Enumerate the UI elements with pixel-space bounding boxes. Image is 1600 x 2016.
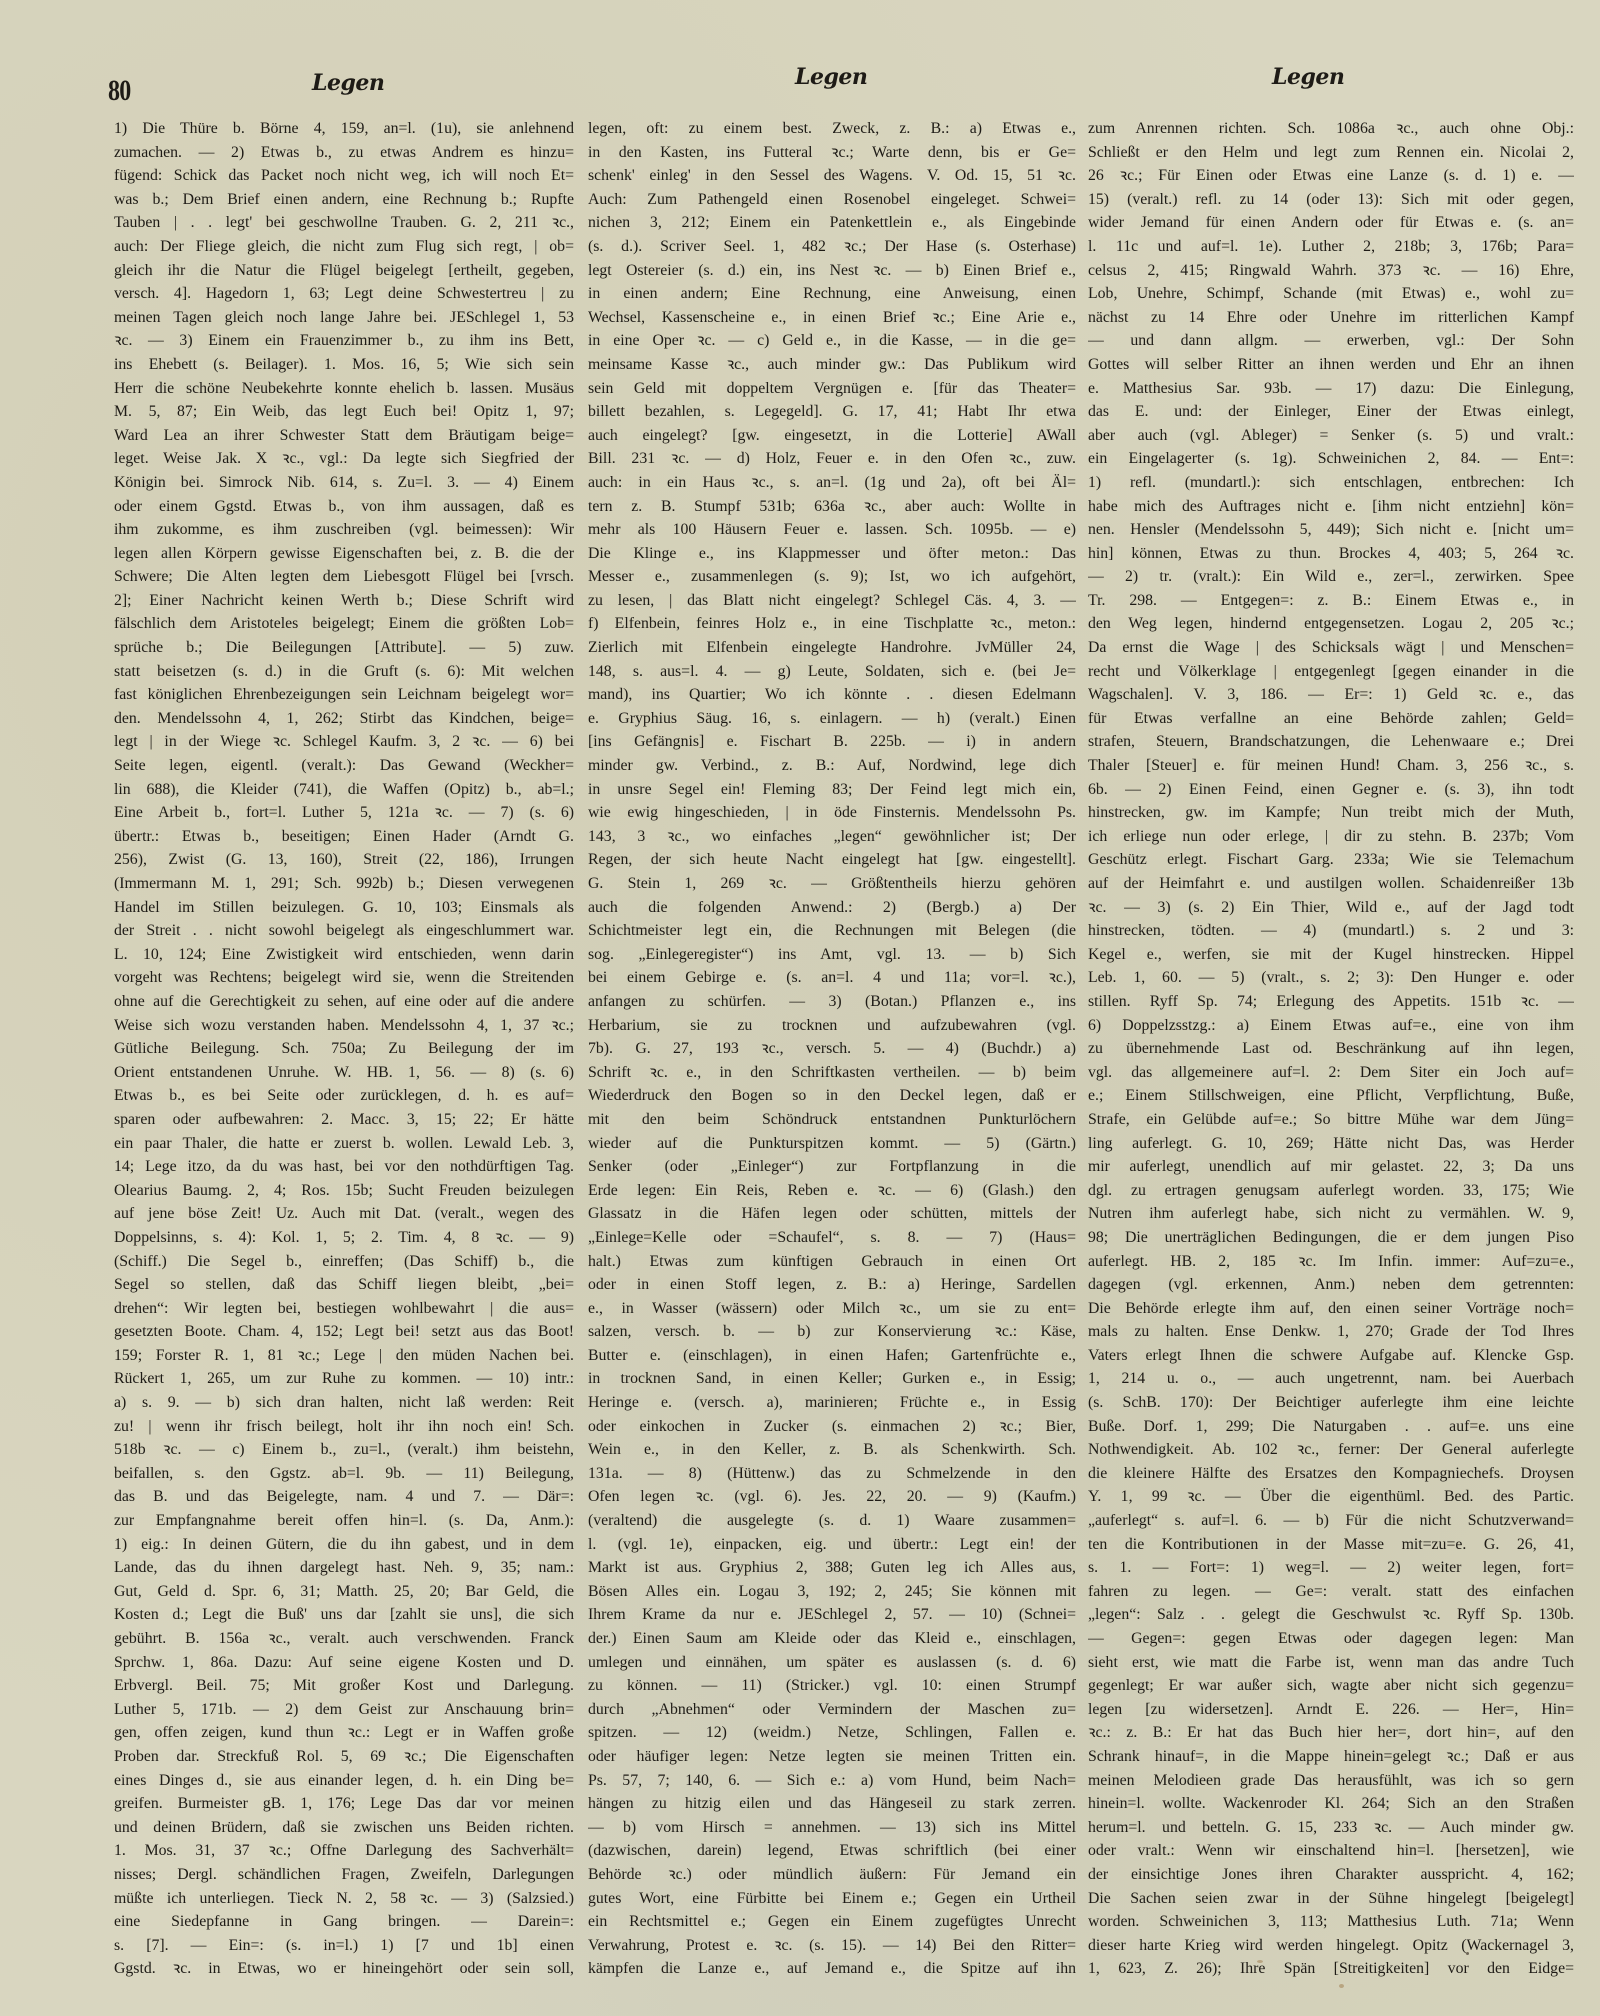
text-line-content: oder häufiger legen: Netze legten sie me… <box>588 1745 1076 1769</box>
text-line: ohne auf die Gerechtigkeit zu sehen, auf… <box>114 990 574 1014</box>
text-line-content: 1) eig.: In deinen Gütern, die du ihn ga… <box>114 1533 574 1557</box>
text-line: Gut, Geld d. Spr. 6, 31; Matth. 25, 20; … <box>114 1580 574 1604</box>
text-line: „Einlege=Kelle oder =Schaufel“, s. 8. — … <box>588 1226 1076 1250</box>
text-line-content: 1) refl. (mundartl.): sich entschlagen, … <box>1088 471 1574 495</box>
text-line-content: 1) Die Thüre b. Börne 4, 159, an=l. (1u)… <box>114 117 574 141</box>
text-line: halt.) Etwas zum künftigen Gebrauch in e… <box>588 1250 1076 1274</box>
text-line: ꝛc. — 3) (s. 2) Ein Thier, Wild e., auf … <box>1088 896 1574 920</box>
text-line: e. Matthesius Sar. 93b. — 17) dazu: Die … <box>1088 377 1574 401</box>
text-line-content: gleich ihr die Natur die Flügel beigeleg… <box>114 259 574 283</box>
text-line-content: Segel so stellen, daß das Schiff liegen … <box>114 1273 574 1297</box>
text-line: Wein e., in den Keller, z. B. als Schenk… <box>588 1438 1076 1462</box>
text-line: spitzen. — 12) (weidm.) Netze, Schlingen… <box>588 1721 1076 1745</box>
text-line: bei einem Gebirge e. (s. an=l. 4 und 11a… <box>588 966 1076 990</box>
text-line: dagegen (vgl. erkennen, Anm.) neben dem … <box>1088 1273 1574 1297</box>
text-line-content: sieht erst, wie matt die Farbe ist, wenn… <box>1088 1651 1574 1675</box>
text-line-content: hinstrecken, tödten. — 4) (mundartl.) s.… <box>1088 919 1574 943</box>
text-line-content: gesetzten Boote. Cham. 4, 152; Legt bei!… <box>114 1320 574 1344</box>
text-line-content: celsus 2, 415; Ringwald Wahrh. 373 ꝛc. —… <box>1088 259 1574 283</box>
text-line: gleich ihr die Natur die Flügel beigeleg… <box>114 259 574 283</box>
text-line: nen. Hensler (Mendelssohn 5, 449); Sich … <box>1088 518 1574 542</box>
running-head-center: Legen <box>795 64 867 90</box>
text-line: nichen 3, 212; Einem ein Patenkettlein e… <box>588 211 1076 235</box>
text-line: recht und Völkerklage | entgegenlegt [ge… <box>1088 660 1574 684</box>
text-line: das B. und das Beigelegte, nam. 4 und 7.… <box>114 1485 574 1509</box>
text-line-content: wieder auf die Punkturspitzen kommt. — 5… <box>588 1132 1076 1156</box>
text-line: Wechsel, Kassenscheine e., in einen Brie… <box>588 306 1076 330</box>
text-line: Buße. Dorf. 1, 299; Die Naturgaben . . a… <box>1088 1415 1574 1439</box>
text-line: 159; Forster R. 1, 81 ꝛc.; Lege | den mü… <box>114 1344 574 1368</box>
text-line-content: e. Matthesius Sar. 93b. — 17) dazu: Die … <box>1088 377 1574 401</box>
text-line: Die Sachen seien zwar in der Sühne hinge… <box>1088 1887 1574 1911</box>
text-line: sieht erst, wie matt die Farbe ist, wenn… <box>1088 1651 1574 1675</box>
text-line: 1, 623, Z. 26); Ihre Spän [Streitigkeite… <box>1088 1957 1574 1981</box>
text-line: aber auch (vgl. Ableger) = Senker (s. 5)… <box>1088 424 1574 448</box>
text-line-content: gegenlegt; Er war außer sich, wagte aber… <box>1088 1674 1574 1698</box>
text-line: Handel im Stillen beizulegen. G. 10, 103… <box>114 896 574 920</box>
text-line: zu! | wenn ihr frisch beilegt, holt ihr … <box>114 1415 574 1439</box>
text-line-content: Seite legen, eigentl. (veralt.): Das Gew… <box>114 754 574 778</box>
text-line: Behörde ꝛc.) oder mündlich äußern: Für J… <box>588 1863 1076 1887</box>
text-line: 1. Mos. 31, 37 ꝛc.; Offne Darlegung des … <box>114 1839 574 1863</box>
text-line: durch „Abnehmen“ oder Vermindern der Mas… <box>588 1698 1076 1722</box>
text-line-content: Leb. 1, 60. — 5) (vralt., s. 2; 3): Den … <box>1088 966 1574 990</box>
text-line-content: schenk' einleg' in den Sessel des Wagens… <box>588 164 1076 188</box>
text-line: Schrift ꝛc. e., in den Schriftkasten ver… <box>588 1061 1076 1085</box>
text-line-content: die kleinere Hälfte des Ersatzes den Kom… <box>1088 1462 1574 1486</box>
text-line: 14; Lege itzo, da du was hast, bei vor d… <box>114 1155 574 1179</box>
text-line-content: mir auferlegt, unendlich auf mir gelaste… <box>1088 1155 1574 1179</box>
text-line: nächst zu 14 Ehre oder Unehre im ritterl… <box>1088 306 1574 330</box>
text-line-content: 131a. — 8) (Hüttenw.) das zu Schmelzende… <box>588 1462 1076 1486</box>
text-line: e., in Wasser (wässern) oder Milch ꝛc., … <box>588 1297 1076 1321</box>
text-line-content: greifen. Burmeister gB. 1, 176; Lege Das… <box>114 1792 574 1816</box>
text-line: Regen, der sich heute Nacht eingelegt ha… <box>588 848 1076 872</box>
text-line-content: auch: Der Fliege gleich, die nicht zum F… <box>114 235 574 259</box>
text-line: meinen Melodieen grade Das herausfühlt, … <box>1088 1769 1574 1793</box>
text-line-content: Bösen Alles ein. Logau 3, 192; 2, 245; S… <box>588 1580 1076 1604</box>
text-line: eine Siedepfanne in Gang bringen. — Dare… <box>114 1910 574 1934</box>
text-line-content: Die Behörde erlegte ihm auf, den einen s… <box>1088 1297 1574 1321</box>
text-line: den. Mendelssohn 4, 1, 262; Stirbt das K… <box>114 707 574 731</box>
text-line-content: Luther 5, 171b. — 2) dem Geist zur Ansch… <box>114 1698 574 1722</box>
text-line: der einsichtige Jones ihren Charakter au… <box>1088 1863 1574 1887</box>
text-line: — und dann allgm. — erwerben, vgl.: Der … <box>1088 329 1574 353</box>
text-line-content: legen allen Körpern gewisse Eigenschafte… <box>114 542 574 566</box>
text-line-content: (s. d.). Scriver Seel. 1, 482 ꝛc.; Der H… <box>588 235 1076 259</box>
text-line-content: das E. und: der Einleger, Einer der Etwa… <box>1088 400 1574 424</box>
text-line-content: gen, offen zeigen, kund thun ꝛc.: Legt e… <box>114 1721 574 1745</box>
text-line-content: gutes Wort, eine Fürbitte bei Einem e.; … <box>588 1887 1076 1911</box>
text-line-content: 7b). G. 27, 193 ꝛc., versch. 5. — 4) (Bu… <box>588 1037 1076 1061</box>
text-line: auferlegt. HB. 2, 185 ꝛc. Im Infin. imme… <box>1088 1250 1574 1274</box>
text-line: Leb. 1, 60. — 5) (vralt., s. 2; 3): Den … <box>1088 966 1574 990</box>
text-line: fast königlichen Ehrenbezeigungen sein L… <box>114 683 574 707</box>
text-line: [ins Gefängnis] e. Fischart B. 225b. — i… <box>588 730 1076 754</box>
text-line: Die Behörde erlegte ihm auf, den einen s… <box>1088 1297 1574 1321</box>
text-line-content: e.; Einem Stillschweigen, eine Pflicht, … <box>1088 1084 1574 1108</box>
text-line: herum=l. und betteln. G. 15, 233 ꝛc. — A… <box>1088 1816 1574 1840</box>
text-line-content: Etwas b., es bei Seite oder zurücklegen,… <box>114 1084 574 1108</box>
running-head-left: Legen <box>312 70 384 96</box>
text-line: Weise sich wozu verstanden haben. Mendel… <box>114 1014 574 1038</box>
text-line-content: minder gw. Verbind., z. B.: Auf, Nordwin… <box>588 754 1076 778</box>
text-line-content: Vaters erlegt Ihnen die schwere Aufgabe … <box>1088 1344 1574 1368</box>
text-line-content: oder einem Ggstd. Etwas b., von ihm auss… <box>114 495 574 519</box>
text-line: L. 10, 124; Eine Zwistigkeit wird entsch… <box>114 943 574 967</box>
text-line-content: 98; Die unerträglichen Bedingungen, die … <box>1088 1226 1574 1250</box>
text-line-content: a) s. 9. — b) sich dran halten, nicht la… <box>114 1391 574 1415</box>
text-line-content: ꝛc.: z. B.: Er hat das Buch hier her=, d… <box>1088 1721 1574 1745</box>
text-line-content: 14; Lege itzo, da du was hast, bei vor d… <box>114 1155 574 1179</box>
text-line-content: Behörde ꝛc.) oder mündlich äußern: Für J… <box>588 1863 1076 1887</box>
text-line-content: ein Rechtsmittel e.; Gegen ein Einem zug… <box>588 1910 1076 1934</box>
text-line-content: der Streit . . nicht sowohl beigelegt al… <box>114 919 574 943</box>
text-line: Glassatz in die Häfen legen oder schütte… <box>588 1202 1076 1226</box>
text-line: M. 5, 87; Ein Weib, das legt Euch bei! O… <box>114 400 574 424</box>
text-line-content: recht und Völkerklage | entgegenlegt [ge… <box>1088 660 1574 684</box>
text-line: legt Ostereier (s. d.) ein, ins Nest ꝛc.… <box>588 259 1076 283</box>
text-line-content: Zierlich mit Elfenbein eingelegte Handro… <box>588 636 1076 660</box>
text-line: — Gegen=: gegen Etwas oder dagegen legen… <box>1088 1627 1574 1651</box>
text-line: Ihrem Krame da nur e. JESchlegel 2, 57. … <box>588 1603 1076 1627</box>
text-line: auch: Der Fliege gleich, die nicht zum F… <box>114 235 574 259</box>
text-line: Senker (oder „Einleger“) zur Fortpflanzu… <box>588 1155 1076 1179</box>
text-line: Tr. 298. — Entgegen=: z. B.: Einem Etwas… <box>1088 589 1574 613</box>
text-line: in den Kasten, ins Futteral ꝛc.; Warte d… <box>588 141 1076 165</box>
text-line: zu lesen, | das Blatt nicht eingelegt? S… <box>588 589 1076 613</box>
text-line-content: legt | in der Wiege ꝛc. Schlegel Kaufm. … <box>114 730 574 754</box>
text-line: Doppelsinns, s. 4): Kol. 1, 5; 2. Tim. 4… <box>114 1226 574 1250</box>
text-line-content: vorgeht was Rechtens; beigelegt wird sie… <box>114 966 574 990</box>
text-line-content: Rückert 1, 265, um zur Ruhe zu kommen. —… <box>114 1367 574 1391</box>
text-line: hinein=l. wollte. Wackenroder Kl. 264; S… <box>1088 1792 1574 1816</box>
text-line: auch: in ein Haus ꝛc., s. an=l. (1g und … <box>588 471 1076 495</box>
text-line-content: s. [7]. — Ein=: (s. in=l.) 1) [7 und 1b]… <box>114 1934 574 1958</box>
text-line: Herr die schöne Neubekehrte konnte eheli… <box>114 377 574 401</box>
text-line: ꝛc.: z. B.: Er hat das Buch hier her=, d… <box>1088 1721 1574 1745</box>
text-line: beifallen, s. den Ggstz. ab=l. 9b. — 11)… <box>114 1462 574 1486</box>
text-line: Kegel e., werfen, sie mit der Kugel hins… <box>1088 943 1574 967</box>
text-line-content: durch „Abnehmen“ oder Vermindern der Mas… <box>588 1698 1076 1722</box>
text-line-content: fahren zu legen. — Ge=: veralt. statt de… <box>1088 1580 1574 1604</box>
paper-stain <box>1466 1952 1469 1955</box>
text-line: zu können. — 11) (Stricker.) vgl. 10: ei… <box>588 1674 1076 1698</box>
text-line-content: 15) (veralt.) refl. zu 14 (oder 13): Sic… <box>1088 188 1574 212</box>
text-line-content: Erbvergl. Beil. 75; Mit großer Kost und … <box>114 1674 574 1698</box>
text-line: mals zu halten. Ense Denkw. 1, 270; Grad… <box>1088 1320 1574 1344</box>
text-line-content: Wiederdruck den Bogen so in den Deckel l… <box>588 1084 1076 1108</box>
text-line-content: wider Jemand für einen Andern oder für E… <box>1088 211 1574 235</box>
text-line-content: Nothwendigkeit. Ab. 102 ꝛc., ferner: Der… <box>1088 1438 1574 1462</box>
text-line-content: versch. 4]. Hagedorn 1, 63; Legt deine S… <box>114 282 574 306</box>
text-line-content: auf der Heimfahrt e. und austilgen wolle… <box>1088 872 1574 896</box>
text-line-content: Schließt er den Helm und legt zum Rennen… <box>1088 141 1574 165</box>
text-line-content: fast königlichen Ehrenbezeigungen sein L… <box>114 683 574 707</box>
text-line-content: das B. und das Beigelegte, nam. 4 und 7.… <box>114 1485 574 1509</box>
text-line-content: Thaler [Steuer] e. für meinen Hund! Cham… <box>1088 754 1574 778</box>
text-line: schenk' einleg' in den Sessel des Wagens… <box>588 164 1076 188</box>
text-line: strafen, Steuern, Brandschatzungen, die … <box>1088 730 1574 754</box>
text-line-content: müßte ich unterliegen. Tieck N. 2, 58 ꝛc… <box>114 1887 574 1911</box>
text-line-content: Nutren ihm auferlegt habe, sich nicht zu… <box>1088 1202 1574 1226</box>
text-line: Wiederdruck den Bogen so in den Deckel l… <box>588 1084 1076 1108</box>
text-line: oder in einen Stoff legen, z. B.: a) Her… <box>588 1273 1076 1297</box>
text-line-content: Proben dar. Streckfuß Rol. 5, 69 ꝛc.; Di… <box>114 1745 574 1769</box>
text-line-content: M. 5, 87; Ein Weib, das legt Euch bei! O… <box>114 400 574 424</box>
text-line-content: Orient entstandenen Unruhe. W. HB. 1, 56… <box>114 1061 574 1085</box>
text-line: salzen, versch. b. — b) zur Konservierun… <box>588 1320 1076 1344</box>
text-line-content: eines Dinges d., sie aus einander legen,… <box>114 1769 574 1793</box>
text-line: eines Dinges d., sie aus einander legen,… <box>114 1769 574 1793</box>
text-line-content: sparen oder aufbewahren: 2. Macc. 3, 15;… <box>114 1108 574 1132</box>
text-line: fügend: Schick das Packet noch nicht weg… <box>114 164 574 188</box>
text-line: Tauben | . . legt' bei geschwollne Traub… <box>114 211 574 235</box>
text-line-content: hin] können, Etwas zu thun. Brockes 4, 4… <box>1088 542 1574 566</box>
text-line: Schließt er den Helm und legt zum Rennen… <box>1088 141 1574 165</box>
text-line-content: Königin bei. Simrock Nib. 614, s. Zu=l. … <box>114 471 574 495</box>
text-line: gegenlegt; Er war außer sich, wagte aber… <box>1088 1674 1574 1698</box>
text-line-content: Doppelsinns, s. 4): Kol. 1, 5; 2. Tim. 4… <box>114 1226 574 1250</box>
text-line: — 2) tr. (vralt.): Ein Wild e., zer=l., … <box>1088 565 1574 589</box>
text-line: den Weg legen, hindernd entgegensetzen. … <box>1088 612 1574 636</box>
text-line: Lob, Unehre, Schimpf, Schande (mit Etwas… <box>1088 282 1574 306</box>
text-line-content: mit den beim Schöndruck entstandnen Punk… <box>588 1108 1076 1132</box>
text-line-content: auch: in ein Haus ꝛc., s. an=l. (1g und … <box>588 471 1076 495</box>
text-line: mehr als 100 Häusern Feuer e. lassen. Sc… <box>588 518 1076 542</box>
text-line: a) s. 9. — b) sich dran halten, nicht la… <box>114 1391 574 1415</box>
text-line-content: Herbarium, sie zu trocknen und aufzubewa… <box>588 1014 1076 1038</box>
text-line: drehen“: Wir legten bei, bestiegen wohlb… <box>114 1297 574 1321</box>
text-line-content: ten die Kontributionen in der Masse mit=… <box>1088 1533 1574 1557</box>
text-line-content: Schrank hinauf=, in die Mappe hinein=gel… <box>1088 1745 1574 1769</box>
text-line-content: Lob, Unehre, Schimpf, Schande (mit Etwas… <box>1088 282 1574 306</box>
text-line: — b) vom Hirsch = annehmen. — 13) sich i… <box>588 1816 1076 1840</box>
text-line: minder gw. Verbind., z. B.: Auf, Nordwin… <box>588 754 1076 778</box>
text-line-content: (s. SchB. 170): Der Beichtiger auferlegt… <box>1088 1391 1574 1415</box>
text-line-content: dieser harte Krieg wird werden hingelegt… <box>1088 1934 1574 1958</box>
text-line: in trocknen Sand, in einen Keller; Gurke… <box>588 1367 1076 1391</box>
text-line-content: leget. Weise Jak. X ꝛc., vgl.: Da legte … <box>114 447 574 471</box>
text-line-content: in eine Oper ꝛc. — c) Geld e., in die Ka… <box>588 329 1076 353</box>
text-line: hängen zu hitzig eilen und das Hängeseil… <box>588 1792 1076 1816</box>
text-line-content: fügend: Schick das Packet noch nicht weg… <box>114 164 574 188</box>
text-line: Herbarium, sie zu trocknen und aufzubewa… <box>588 1014 1076 1038</box>
text-line-content: der einsichtige Jones ihren Charakter au… <box>1088 1863 1574 1887</box>
text-line: vgl. das allgemeinere auf=l. 2: Dem Site… <box>1088 1061 1574 1085</box>
text-line-content: übertr.: Etwas b., beseitigen; Einen Had… <box>114 825 574 849</box>
text-line-content: nichen 3, 212; Einem ein Patenkettlein e… <box>588 211 1076 235</box>
text-line-content: — Gegen=: gegen Etwas oder dagegen legen… <box>1088 1627 1574 1651</box>
text-line-content: Lande, das du ihnen dargelegt hast. Neh.… <box>114 1556 574 1580</box>
text-line-content: in den Kasten, ins Futteral ꝛc.; Warte d… <box>588 141 1076 165</box>
text-line: Gottes will selber Ritter an ihnen werde… <box>1088 353 1574 377</box>
text-line: Y. 1, 99 ꝛc. — Über die eigenthüml. Bed.… <box>1088 1485 1574 1509</box>
text-line: das E. und: der Einleger, Einer der Etwa… <box>1088 400 1574 424</box>
text-line-content: umlegen und einnähen, um später es ausla… <box>588 1651 1076 1675</box>
text-line: ein Eingelagerter (s. 1g). Schweinichen … <box>1088 447 1574 471</box>
text-line-content: l. 11c und auf=l. 1e). Luther 2, 218b; 3… <box>1088 235 1574 259</box>
text-line: gen, offen zeigen, kund thun ꝛc.: Legt e… <box>114 1721 574 1745</box>
text-line: s. [7]. — Ein=: (s. in=l.) 1) [7 und 1b]… <box>114 1934 574 1958</box>
text-line: 26 ꝛc.; Für Einen oder Etwas eine Lanze … <box>1088 164 1574 188</box>
text-line-content: Wein e., in den Keller, z. B. als Schenk… <box>588 1438 1076 1462</box>
text-line-content: drehen“: Wir legten bei, bestiegen wohlb… <box>114 1297 574 1321</box>
text-line: Ggstd. ꝛc. in Etwas, wo er hineingehört … <box>114 1957 574 1981</box>
text-line-content: ohne auf die Gerechtigkeit zu sehen, auf… <box>114 990 574 1014</box>
text-line-content: Gut, Geld d. Spr. 6, 31; Matth. 25, 20; … <box>114 1580 574 1604</box>
text-line-content: strafen, Steuern, Brandschatzungen, die … <box>1088 730 1574 754</box>
text-line-content: in trocknen Sand, in einen Keller; Gurke… <box>588 1367 1076 1391</box>
text-line: zur Empfangnahme bereit offen hin=l. (s.… <box>114 1509 574 1533</box>
text-line: ten die Kontributionen in der Masse mit=… <box>1088 1533 1574 1557</box>
text-line-content: fälschlich dem Aristoteles beigelegt; Ei… <box>114 612 574 636</box>
text-line-content: sog. „Einlegeregister“) ins Amt, vgl. 13… <box>588 943 1076 967</box>
text-line: ich erliege nun oder erlege, | dir zu st… <box>1088 825 1574 849</box>
text-line-content: 2]; Einer Nachricht keinen Werth b.; Die… <box>114 589 574 613</box>
text-line: kämpfen die Lanze e., auf Jemand e., die… <box>588 1957 1076 1981</box>
text-line: Heringe e. (versch. a), marinieren; Früc… <box>588 1391 1076 1415</box>
text-line: Auch: Zum Pathengeld einen Rosenobel ein… <box>588 188 1076 212</box>
text-line: ꝛc. — 3) Einem ein Frauenzimmer b., zu i… <box>114 329 574 353</box>
text-line-content: Y. 1, 99 ꝛc. — Über die eigenthüml. Bed.… <box>1088 1485 1574 1509</box>
text-line-content: (Schiff.) Die Segel b., einreffen; (Das … <box>114 1250 574 1274</box>
text-line: in unsre Segel ein! Fleming 83; Der Fein… <box>588 778 1076 802</box>
text-line: auch die folgenden Anwend.: 2) (Bergb.) … <box>588 896 1076 920</box>
text-line-content: tern z. B. Stumpf 531b; 636a ꝛc., aber a… <box>588 495 1076 519</box>
text-line-content: Glassatz in die Häfen legen oder schütte… <box>588 1202 1076 1226</box>
text-line-content: auferlegt. HB. 2, 185 ꝛc. Im Infin. imme… <box>1088 1250 1574 1274</box>
text-line-content: Herr die schöne Neubekehrte konnte eheli… <box>114 377 574 401</box>
text-line-content: Verwahrung, Protest e. ꝛc. (s. 15). — 14… <box>588 1934 1076 1958</box>
text-line: ihm zukomme, es ihm zuschreiben (vgl. be… <box>114 518 574 542</box>
text-line: 256), Zwist (G. 13, 160), Streit (22, 18… <box>114 848 574 872</box>
text-line-content: für Etwas verfallne an eine Behörde zahl… <box>1088 707 1574 731</box>
text-line: fälschlich dem Aristoteles beigelegt; Ei… <box>114 612 574 636</box>
text-line: meinen Tagen gleich noch lange Jahre bei… <box>114 306 574 330</box>
text-line-content: zu! | wenn ihr frisch beilegt, holt ihr … <box>114 1415 574 1439</box>
text-line: in eine Oper ꝛc. — c) Geld e., in die Ka… <box>588 329 1076 353</box>
text-line-content: beifallen, s. den Ggstz. ab=l. 9b. — 11)… <box>114 1462 574 1486</box>
text-line: Strafe, ein Gelübde auf=e.; So bittre Mü… <box>1088 1108 1574 1132</box>
text-line-content: nächst zu 14 Ehre oder Unehre im ritterl… <box>1088 306 1574 330</box>
text-line-content: „auferlegt“ s. auf=l. 6. — b) Für die ni… <box>1088 1509 1574 1533</box>
text-line-content: zumachen. — 2) Etwas b., zu etwas Andrem… <box>114 141 574 165</box>
text-line-content: Da ernst die Wage | des Schicksals wägt … <box>1088 636 1574 660</box>
text-line: Markt ist aus. Gryphius 2, 388; Guten le… <box>588 1556 1076 1580</box>
text-line: e.; Einem Stillschweigen, eine Pflicht, … <box>1088 1084 1574 1108</box>
text-column-1: 1) Die Thüre b. Börne 4, 159, an=l. (1u)… <box>114 117 574 1981</box>
text-line-content: sprüche b.; Die Beilegungen [Attribute].… <box>114 636 574 660</box>
text-column-3: zum Anrennen richten. Sch. 1086a ꝛc., au… <box>1088 117 1574 1981</box>
text-line-content: — und dann allgm. — erwerben, vgl.: Der … <box>1088 329 1574 353</box>
text-line: sparen oder aufbewahren: 2. Macc. 3, 15;… <box>114 1108 574 1132</box>
text-line: Orient entstandenen Unruhe. W. HB. 1, 56… <box>114 1061 574 1085</box>
text-line-content: zur Empfangnahme bereit offen hin=l. (s.… <box>114 1509 574 1533</box>
text-line: s. 1. — Fort=: 1) weg=l. — 2) weiter leg… <box>1088 1556 1574 1580</box>
text-line: „legen“: Salz . . gelegt die Geschwulst … <box>1088 1603 1574 1627</box>
text-line: stillen. Ryff Sp. 74; Erlegung des Appet… <box>1088 990 1574 1014</box>
text-line: Butter e. (einschlagen), in einen Hafen;… <box>588 1344 1076 1368</box>
text-line-content: — 2) tr. (vralt.): Ein Wild e., zer=l., … <box>1088 565 1574 589</box>
text-line: l. 11c und auf=l. 1e). Luther 2, 218b; 3… <box>1088 235 1574 259</box>
text-line: (Immermann M. 1, 291; Sch. 992b) b.; Die… <box>114 872 574 896</box>
text-line-content: mehr als 100 Häusern Feuer e. lassen. Sc… <box>588 518 1076 542</box>
text-line-content: Erde legen: Ein Reis, Reben e. ꝛc. — 6) … <box>588 1179 1076 1203</box>
dictionary-page: 80 Legen Legen Legen 1) Die Thüre b. Bör… <box>0 0 1600 2016</box>
text-line-content: Ward Lea an ihrer Schwester Statt dem Br… <box>114 424 574 448</box>
text-line-content: hängen zu hitzig eilen und das Hängeseil… <box>588 1792 1076 1816</box>
text-line: Ps. 57, 7; 140, 6. — Sich e.: a) vom Hun… <box>588 1769 1076 1793</box>
text-line-content: 6) Doppelzsstzg.: a) Einem Etwas auf=e.,… <box>1088 1014 1574 1038</box>
text-line-content: meinen Tagen gleich noch lange Jahre bei… <box>114 306 574 330</box>
text-line: Rückert 1, 265, um zur Ruhe zu kommen. —… <box>114 1367 574 1391</box>
text-line: 7b). G. 27, 193 ꝛc., versch. 5. — 4) (Bu… <box>588 1037 1076 1061</box>
text-line: Geschütz erlegt. Fischart Garg. 233a; Wi… <box>1088 848 1574 872</box>
text-line-content: billett bezahlen, s. Legegeld]. G. 17, 4… <box>588 400 1076 424</box>
text-line: Da ernst die Wage | des Schicksals wägt … <box>1088 636 1574 660</box>
text-line-content: Handel im Stillen beizulegen. G. 10, 103… <box>114 896 574 920</box>
text-line: Erde legen: Ein Reis, Reben e. ꝛc. — 6) … <box>588 1179 1076 1203</box>
text-line-content: bei einem Gebirge e. (s. an=l. 4 und 11a… <box>588 966 1076 990</box>
text-line: und deinen Brüdern, daß sie zwischen uns… <box>114 1816 574 1840</box>
text-line-content: ein Eingelagerter (s. 1g). Schweinichen … <box>1088 447 1574 471</box>
text-line: ein paar Thaler, die hatte er zuerst b. … <box>114 1132 574 1156</box>
text-line: Luther 5, 171b. — 2) dem Geist zur Ansch… <box>114 1698 574 1722</box>
text-line: vorgeht was Rechtens; beigelegt wird sie… <box>114 966 574 990</box>
text-line-content: Gütliche Beilegung. Sch. 750a; Zu Beileg… <box>114 1037 574 1061</box>
text-line-content: halt.) Etwas zum künftigen Gebrauch in e… <box>588 1250 1076 1274</box>
text-line: Thaler [Steuer] e. für meinen Hund! Cham… <box>1088 754 1574 778</box>
text-line: worden. Schweinichen 3, 113; Matthesius … <box>1088 1910 1574 1934</box>
text-line: statt beisetzen (s. d.) in die Gruft (s.… <box>114 660 574 684</box>
text-line: gutes Wort, eine Fürbitte bei Einem e.; … <box>588 1887 1076 1911</box>
text-line-content: zum Anrennen richten. Sch. 1086a ꝛc., au… <box>1088 117 1574 141</box>
text-line: Erbvergl. Beil. 75; Mit großer Kost und … <box>114 1674 574 1698</box>
page-number: 80 <box>108 74 130 108</box>
text-line: die kleinere Hälfte des Ersatzes den Kom… <box>1088 1462 1574 1486</box>
text-line-content: aber auch (vgl. Ableger) = Senker (s. 5)… <box>1088 424 1574 448</box>
text-line-content: — b) vom Hirsch = annehmen. — 13) sich i… <box>588 1816 1076 1840</box>
text-line-content: zu können. — 11) (Stricker.) vgl. 10: ei… <box>588 1674 1076 1698</box>
text-line-content: Auch: Zum Pathengeld einen Rosenobel ein… <box>588 188 1076 212</box>
text-line-content: Die Klinge e., ins Klappmesser und öfter… <box>588 542 1076 566</box>
text-line-content: den Weg legen, hindernd entgegensetzen. … <box>1088 612 1574 636</box>
text-line-content: dagegen (vgl. erkennen, Anm.) neben dem … <box>1088 1273 1574 1297</box>
text-line: der.) Einen Saum am Kleide oder das Klei… <box>588 1627 1076 1651</box>
text-line-content: f) Elfenbein, feinres Holz e., in eine T… <box>588 612 1076 636</box>
text-line: sog. „Einlegeregister“) ins Amt, vgl. 13… <box>588 943 1076 967</box>
text-line: gesetzten Boote. Cham. 4, 152; Legt bei!… <box>114 1320 574 1344</box>
text-line: oder einem Ggstd. Etwas b., von ihm auss… <box>114 495 574 519</box>
text-line-content: kämpfen die Lanze e., auf Jemand e., die… <box>588 1957 1076 1981</box>
text-line-content: spitzen. — 12) (weidm.) Netze, Schlingen… <box>588 1721 1076 1745</box>
text-line: celsus 2, 415; Ringwald Wahrh. 373 ꝛc. —… <box>1088 259 1574 283</box>
text-line: was b.; Dem Brief einen andern, eine Rec… <box>114 188 574 212</box>
text-line-content: [ins Gefängnis] e. Fischart B. 225b. — i… <box>588 730 1076 754</box>
text-line-content: nisses; Dergl. schändlichen Fragen, Zwei… <box>114 1863 574 1887</box>
text-line-content: Olearius Baumg. 2, 4; Ros. 15b; Sucht Fr… <box>114 1179 574 1203</box>
text-line-content: statt beisetzen (s. d.) in die Gruft (s.… <box>114 660 574 684</box>
text-line-content: eine Siedepfanne in Gang bringen. — Dare… <box>114 1910 574 1934</box>
text-line: Schichtmeister legt ein, die Rechnungen … <box>588 919 1076 943</box>
text-line-content: worden. Schweinichen 3, 113; Matthesius … <box>1088 1910 1574 1934</box>
text-line: oder einkochen in Zucker (s. einmachen 2… <box>588 1415 1076 1439</box>
text-line: oder häufiger legen: Netze legten sie me… <box>588 1745 1076 1769</box>
text-line-content: ich erliege nun oder erlege, | dir zu st… <box>1088 825 1574 849</box>
text-line-content: Ps. 57, 7; 140, 6. — Sich e.: a) vom Hun… <box>588 1769 1076 1793</box>
text-line-content: meinsame Kasse ꝛc., auch minder gw.: Das… <box>588 353 1076 377</box>
